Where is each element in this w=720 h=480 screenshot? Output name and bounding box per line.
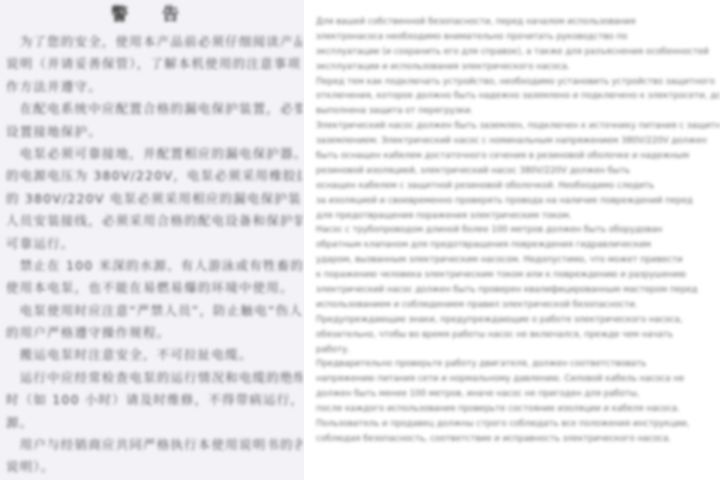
text-line: выполнена защита от перегрузки. [316,104,720,119]
text-line: отключения, которое должно быть надежно … [316,89,720,104]
text-line: 说明）。 [6,456,302,478]
text-line: быть оснащен кабелем достаточного сечени… [316,149,720,164]
text-line: 作方法并遵守。 [6,76,302,98]
text-line: 使用本电泵，也不能在易燃易爆的环境中使用。 [6,277,302,299]
chinese-warning-page: 警 告 为了您的安全，使用本产品前必须仔细阅读产品使用说明（并请妥善保管），了解… [0,0,304,480]
chinese-text-body: 为了您的安全，使用本产品前必须仔细阅读产品使用说明（并请妥善保管），了解本机使用… [6,31,302,479]
text-line: 运行中应经常检查电泵的运行情况和电缆的绝缘情况，发现异常 [6,367,302,389]
text-line: обратным клапаном для предотвращения пов… [316,238,720,253]
text-line: 的 380V/220V 电泵必须采用相应的漏电保护装置，并由专业 [6,188,302,210]
text-line: соблюдая безопасность, соответствие и ис… [316,432,720,447]
text-line: 的电源电压为 380V/220V，电泵必须采用橡胶护套电缆连接 [6,165,302,187]
text-line: 电泵必须可靠接地，并配置相应的漏电保护器。使用 [6,143,302,165]
text-line: должен быть менее 100 метров, иначе насо… [316,387,720,402]
text-line: 用户与经销商应共同严格执行本使用说明书的各项规定（本 [6,434,302,456]
text-line: 说明（并请妥善保管），了解本机使用的注意事项和操 [6,53,302,75]
text-line: Для вашей собственной безопасности, пере… [316,15,720,30]
text-line: электронасоса необходимо внимательно про… [316,30,720,45]
text-line: 的用户严格遵守操作规程。 [6,322,302,344]
page-title: 警 告 [0,0,304,30]
text-line: 禁止在 100 米深的水源、有人游泳或有牲畜的水域中 [6,255,302,277]
text-line: за изоляцией и своевременно проверять пр… [316,194,720,209]
text-line: 可靠运行。 [6,233,302,255]
text-line: электрический насос должен быть проверен… [316,283,720,298]
text-line: 在配电系统中应配置合格的漏电保护装置，必要时应 [6,98,302,120]
text-line: обязательно, чтобы во время работы насос… [316,328,720,343]
text-line: Предупреждающие знаки, предупреждающие о… [316,313,720,328]
text-line: эксплуатации и использования электрическ… [316,60,720,75]
text-line: 源。 [6,412,302,434]
text-line: Электрический насос должен быть заземлен… [316,119,720,134]
text-line: 设置接地保护。 [6,121,302,143]
text-line: Предварительно проверьте работу двигател… [316,357,720,372]
russian-text-body: Для вашей собственной безопасности, пере… [316,15,720,447]
text-line: Перед тем как подключать устройство, нео… [316,75,720,90]
text-line: напряжению питания сети и нормальному да… [316,372,720,387]
text-line: 时（如 100 小时）请及时维修，不得带病运行，检修时必须切断电源。 [6,389,302,411]
text-line: заземлением. Электрический насос с номин… [316,134,720,149]
text-line: эксплуатации (и сохранить его для справо… [316,45,720,60]
russian-instructions-page: Для вашей собственной безопасности, пере… [304,0,720,480]
text-line: ударом, вызванным электрическим насосом.… [316,253,720,268]
text-line: к поражению человека электрическим током… [316,268,720,283]
text-line: 电泵使用时应注意“严禁人员”，防止触电“伤人”的事故发生。 [6,300,302,322]
text-line: 搬运电泵时注意安全，不可拉扯电缆。 [6,344,302,366]
text-line: для предотвращения поражения электрическ… [316,209,720,224]
text-line: после каждого использования проверьте со… [316,402,720,417]
text-line: 人员安装接线，必须采用合格的配电设备和保护装置，确保产品 [6,210,302,232]
text-line: 为了您的安全，使用本产品前必须仔细阅读产品使用 [6,31,302,53]
text-line: оснащен кабелем с защитной резиновой обо… [316,179,720,194]
text-line: Насос с трубопроводом длиной более 100 м… [316,223,720,238]
text-line: Пользователь и продавец должны строго со… [316,417,720,432]
text-line: резиновой изоляцией, электрический насос… [316,164,720,179]
text-line: работу. [316,343,720,358]
text-line: использованием и соблюдением правил элек… [316,298,720,313]
